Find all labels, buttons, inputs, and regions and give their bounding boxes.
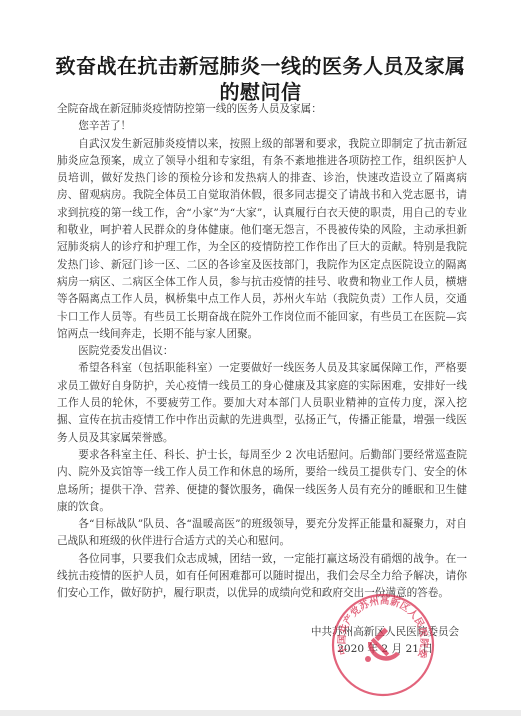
body-paragraph: 自武汉发生新冠肺炎疫情以来，按照上级的部署和要求，我院立即制定了抗击新冠肺炎应急… bbox=[57, 136, 467, 344]
body-paragraph: 要求各科室主任、科长、护士长，每周至少 2 次电话慰问。后勤部门要经常巡查院内、… bbox=[57, 447, 467, 516]
bottom-edge bbox=[0, 710, 521, 716]
body-paragraph: 医院党委发出倡议： bbox=[57, 343, 467, 360]
greeting-paragraph: 您辛苦了！ bbox=[57, 118, 467, 135]
letter-title-line1: 致奋战在抗击新冠肺炎一线的医务人员及家属 bbox=[0, 50, 521, 79]
letter-page: 致奋战在抗击新冠肺炎一线的医务人员及家属 的慰问信 全院奋战在新冠肺炎疫情防控第… bbox=[0, 0, 521, 710]
body-paragraph: 希望各科室（包括职能科室）一定要做好一线医务人员及其家属保障工作，严格要求员工做… bbox=[57, 360, 467, 446]
salutation: 全院奋战在新冠肺炎疫情防控第一线的医务人员及家属： bbox=[57, 101, 467, 118]
hammer-sickle-icon bbox=[365, 628, 400, 662]
letter-body: 全院奋战在新冠肺炎疫情防控第一线的医务人员及家属： 您辛苦了！ 自武汉发生新冠肺… bbox=[57, 101, 467, 603]
body-paragraph: 各“目标战队”队员、各“温暖高医”的班级领导，要充分发挥正能量和凝聚力，对自己战… bbox=[57, 516, 467, 551]
official-seal-stamp: 中国共产党苏州高新区人民医院委员会 bbox=[330, 592, 436, 698]
